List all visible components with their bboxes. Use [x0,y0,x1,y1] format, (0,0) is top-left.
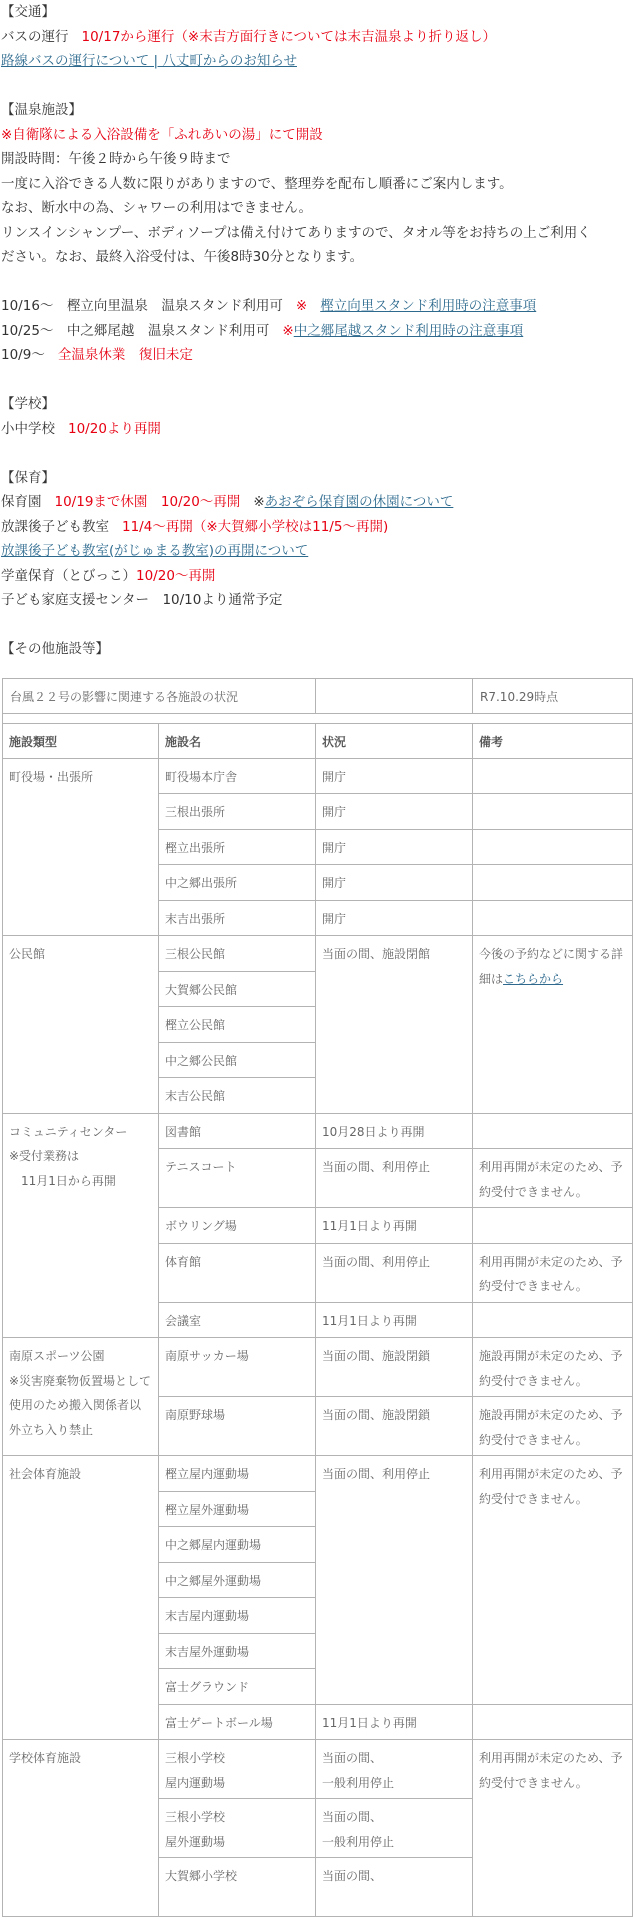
stand2-link[interactable]: 中之郷尾越スタンド利用時の注意事項 [294,323,524,339]
facility-name-line: 屋外運動場 [165,1830,309,1855]
afterschool-line: 放課後子ども教室11/4〜再開（※大賀郷小学校は11/5〜再開) [1,515,634,540]
facility-status: 11月1日より再開 [316,1704,473,1740]
facility-note: 施設再開が未定のため、予約受付できません。 [473,1338,633,1397]
type-townhall: 町役場・出張所 [3,758,159,936]
facility-note [473,758,633,794]
childcare-heading: 【保育】 [1,466,634,491]
facility-status: 10月28日より再開 [316,1113,473,1149]
onsen-line: 一度に入浴できる人数に限りがありますので、整理券を配布し順番にご案内します。 [1,172,634,197]
nursery-line: 保育園10/19まで休園 10/20〜再開※あおぞら保育園の休園について [1,490,634,515]
facility-status: 開庁 [316,829,473,865]
closed-text: 全温泉休業 復旧未定 [58,347,193,363]
facility-name: 樫立公民館 [159,1007,316,1043]
facility-name: ボウリング場 [159,1208,316,1244]
facility-name: 町役場本庁舎 [159,758,316,794]
header-status: 状況 [316,723,473,758]
facility-name: 末吉屋内運動場 [159,1598,316,1634]
facility-name: 図書館 [159,1113,316,1149]
caption-empty-cell [316,678,473,713]
nursery-status: 10/19まで休園 10/20〜再開 [55,494,241,510]
facility-note: 利用再開が未定のため、予約受付できません。 [473,1740,633,1917]
gakudo-line: 学童保育（とびっこ）10/20〜再開 [1,564,634,589]
school-line: 小中学校10/20より再開 [1,417,634,442]
facility-name: 中之郷屋外運動場 [159,1562,316,1598]
bus-status: 10/17から運行（※末吉方面行きについては末吉温泉より折り返し） [82,29,496,45]
facility-name: 三根公民館 [159,936,316,972]
facility-status: 11月1日より再開 [316,1302,473,1338]
stand2-line: 10/25〜 中之郷尾越 温泉スタンド利用可※中之郷尾越スタンド利用時の注意事項 [1,319,634,344]
facility-status-line: 一般利用停止 [322,1830,466,1855]
facility-status-line: 当面の間、 [322,1746,466,1771]
school-label: 小中学校 [1,421,55,437]
facility-note: 利用再開が未定のため、予約受付できません。 [473,1243,633,1302]
minamihara-type-label: 南原スポーツ公園 [9,1349,105,1363]
support-center-line: 子ども家庭支援センター 10/10より通常予定 [1,588,634,613]
table-row: 学校体育施設 三根小学校 屋内運動場 当面の間、 一般利用停止 利用再開が未定の… [3,1740,633,1799]
school-heading: 【学校】 [1,392,634,417]
facility-status: 当面の間、施設閉鎖 [316,1397,473,1456]
facility-note [473,900,633,936]
stand1-line: 10/16〜 樫立向里温泉 温泉スタンド利用可※樫立向里スタンド利用時の注意事項 [1,294,634,319]
onsen-heading: 【温泉施設】 [1,98,634,123]
type-minamihara: 南原スポーツ公園 ※災害廃棄物仮置場として使用のため搬入関係者以外立ち入り禁止 [3,1338,159,1456]
afterschool-label: 放課後子ども教室 [1,519,109,535]
header-name: 施設名 [159,723,316,758]
table-row: 南原スポーツ公園 ※災害廃棄物仮置場として使用のため搬入関係者以外立ち入り禁止 … [3,1338,633,1397]
facility-note [473,1113,633,1149]
type-social-sports: 社会体育施設 [3,1456,159,1740]
facility-name-line: 屋内運動場 [165,1771,309,1796]
afterschool-status: 11/4〜再開（※大賀郷小学校は11/5〜再開) [122,519,388,535]
facility-name: 中之郷公民館 [159,1042,316,1078]
facility-note [473,1208,633,1244]
facility-status-table: 台風２２号の影響に関連する各施設の状況 R7.10.29時点 施設類型 施設名 … [2,678,633,1918]
facility-name: 末吉屋外運動場 [159,1633,316,1669]
table-caption: 台風２２号の影響に関連する各施設の状況 [3,678,316,713]
facility-status: 当面の間、施設閉鎖 [316,1338,473,1397]
onsen-line: リンスインシャンプー、ボディソープは備え付けてありますので、タオル等をお持ちの上… [1,221,634,246]
facility-note: 利用再開が未定のため、予約受付できません。 [473,1149,633,1208]
facility-note: 施設再開が未定のため、予約受付できません。 [473,1397,633,1456]
facility-status: 当面の間、 一般利用停止 [316,1740,473,1799]
onsen-line: 開設時間：午後２時から午後９時まで [1,147,634,172]
bus-info-link[interactable]: 路線バスの運行について | 八丈町からのお知らせ [1,53,297,69]
facility-status: 当面の間、施設閉館 [316,936,473,1114]
stand2-mark: ※ [282,323,293,339]
facility-name-line: 三根小学校 [165,1805,309,1830]
facility-name: 南原野球場 [159,1397,316,1456]
facility-status: 開庁 [316,900,473,936]
facility-name: 末吉公民館 [159,1078,316,1114]
type-school-sports: 学校体育施設 [3,1740,159,1917]
facility-status: 当面の間、利用停止 [316,1243,473,1302]
facility-name: 中之郷出張所 [159,865,316,901]
nursery-link[interactable]: あおぞら保育園の休園について [265,494,454,510]
facility-note [473,1704,633,1740]
traffic-heading: 【交通】 [1,0,634,25]
afterschool-link[interactable]: 放課後子ども教室(がじゅまる教室)の再開について [1,543,308,559]
facility-status: 11月1日より再開 [316,1208,473,1244]
facility-note: 今後の予約などに関する詳細はこちらから [473,936,633,1114]
header-type: 施設類型 [3,723,159,758]
minamihara-type-note: ※災害廃棄物仮置場として使用のため搬入関係者以外立ち入り禁止 [9,1374,151,1437]
facility-name: 末吉出張所 [159,900,316,936]
table-row: 社会体育施設 樫立屋内運動場 当面の間、利用停止 利用再開が未定のため、予約受付… [3,1456,633,1492]
stand1-mark: ※ [296,298,307,314]
facility-name: 三根小学校 屋外運動場 [159,1799,316,1858]
facility-note [473,794,633,830]
others-heading: 【その他施設等】 [1,637,634,662]
facility-name: 大賀郷小学校 [159,1858,316,1917]
facility-status: 当面の間、 [316,1858,473,1917]
gakudo-status: 10/20〜再開 [136,568,215,584]
caption-row: 台風２２号の影響に関連する各施設の状況 R7.10.29時点 [3,678,633,713]
facility-name: 中之郷屋内運動場 [159,1527,316,1563]
facility-status: 開庁 [316,865,473,901]
kominkan-details-link[interactable]: こちらから [503,972,563,986]
facility-note [473,865,633,901]
closed-date: 10/9〜 [1,347,45,363]
stand1-link[interactable]: 樫立向里スタンド利用時の注意事項 [320,298,536,314]
community-type-label: コミュニティセンター [9,1120,152,1145]
as-of-date: R7.10.29時点 [473,678,633,713]
gakudo-label: 学童保育（とびっこ） [1,568,136,584]
stand2-text: 10/25〜 中之郷尾越 温泉スタンド利用可 [1,323,269,339]
facility-name: 樫立出張所 [159,829,316,865]
facility-name: 富士グラウンド [159,1669,316,1705]
type-kominkan: 公民館 [3,936,159,1114]
facility-status-line: 一般利用停止 [322,1771,466,1796]
facility-name-line: 大賀郷小学校 [165,1864,309,1889]
table-row: 町役場・出張所 町役場本庁舎 開庁 [3,758,633,794]
closed-line: 10/9〜全温泉休業 復旧未定 [1,343,634,368]
onsen-line: なお、断水中の為、シャワーの利用はできません。 [1,196,634,221]
onsen-line: ださい。なお、最終入浴受付は、午後8時30分となります。 [1,245,634,270]
table-row: 公民館 三根公民館 当面の間、施設閉館 今後の予約などに関する詳細はこちらから [3,936,633,972]
facility-note: 利用再開が未定のため、予約受付できません。 [473,1456,633,1705]
nursery-label: 保育園 [1,494,42,510]
facility-status: 当面の間、 一般利用停止 [316,1799,473,1858]
facility-status-line: 当面の間、 [322,1805,466,1830]
header-row: 施設類型 施設名 状況 備考 [3,723,633,758]
facility-name: 大賀郷公民館 [159,971,316,1007]
onsen-notice: ※自衛隊による入浴設備を「ふれあいの湯」にて開設 [1,123,634,148]
facility-name: 体育館 [159,1243,316,1302]
page-content: 【交通】 バスの運行10/17から運行（※末吉方面行きについては末吉温泉より折り… [0,0,634,662]
bus-label: バスの運行 [1,29,69,45]
facility-name: 富士ゲートボール場 [159,1704,316,1740]
header-note: 備考 [473,723,633,758]
school-status: 10/20より再開 [68,421,161,437]
facility-status: 当面の間、利用停止 [316,1456,473,1705]
community-type-note: 11月1日から再開 [9,1169,152,1194]
facility-name-line: 三根小学校 [165,1746,309,1771]
facility-name: 南原サッカー場 [159,1338,316,1397]
table-row: コミュニティセンター ※受付業務は 11月1日から再開 図書館 10月28日より… [3,1113,633,1149]
facility-note [473,829,633,865]
stand1-text: 10/16〜 樫立向里温泉 温泉スタンド利用可 [1,298,283,314]
facility-name: テニスコート [159,1149,316,1208]
community-type-note: ※受付業務は [9,1144,152,1169]
facility-name: 樫立屋内運動場 [159,1456,316,1492]
facility-note [473,1302,633,1338]
facility-status: 開庁 [316,758,473,794]
facility-status-line: 当面の間、 [322,1864,466,1889]
facility-status: 開庁 [316,794,473,830]
facility-name: 会議室 [159,1302,316,1338]
facility-name: 樫立屋外運動場 [159,1491,316,1527]
nursery-mark: ※ [253,494,264,510]
type-community: コミュニティセンター ※受付業務は 11月1日から再開 [3,1113,159,1338]
facility-name: 三根小学校 屋内運動場 [159,1740,316,1799]
facility-name: 三根出張所 [159,794,316,830]
spacer-row [3,713,633,723]
bus-line: バスの運行10/17から運行（※末吉方面行きについては末吉温泉より折り返し） [1,25,634,50]
facility-status: 当面の間、利用停止 [316,1149,473,1208]
